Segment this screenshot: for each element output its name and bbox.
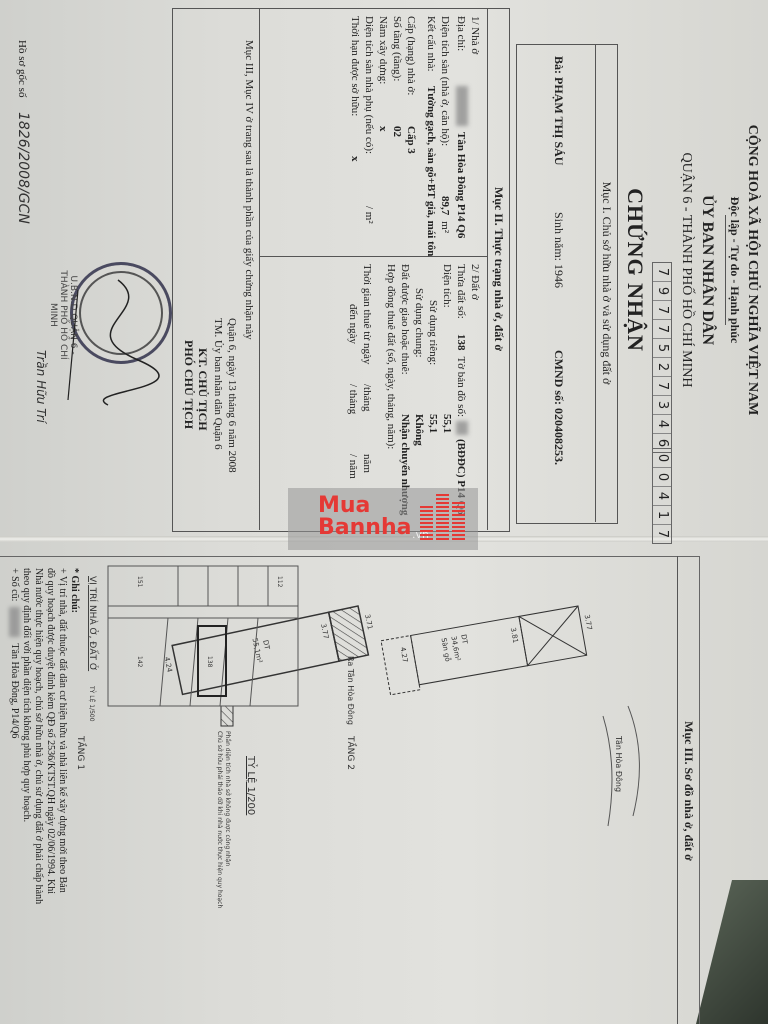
owner-name: Bà: PHẠM THỊ SÁU bbox=[551, 56, 566, 165]
certificate-front: CỘNG HOÀ XÃ HỘI CHỦ NGHĨA VIỆT NAM Độc l… bbox=[0, 0, 768, 540]
svg-text:VỊ TRÍ NHÀ Ở, ĐẤT Ở: VỊ TRÍ NHÀ Ở, ĐẤT Ở bbox=[87, 576, 99, 671]
svg-text:TỶ LỆ 1/500: TỶ LỆ 1/500 bbox=[88, 685, 96, 722]
land-details: 2/ Đất ở Thửa đất số:138Tờ bản đồ số:(BĐ… bbox=[346, 264, 482, 526]
svg-text:TỶ LỆ 1/200: TỶ LỆ 1/200 bbox=[245, 755, 259, 815]
owner-id-number: CMND số: 020408253. bbox=[551, 350, 566, 465]
signer-title-2: PHÓ CHỦ TỊCH bbox=[181, 340, 196, 429]
svg-text:3.77: 3.77 bbox=[319, 623, 330, 640]
diagram-heading: Mục III. Sơ đồ nhà ở, đất ở bbox=[681, 556, 696, 1024]
aux-area: / m² bbox=[362, 206, 376, 224]
house-label: 1/ Nhà ở bbox=[468, 16, 482, 256]
signature bbox=[48, 270, 178, 410]
issue-date: Quận 6, ngày 13 tháng 6 năm 2008 bbox=[226, 318, 238, 473]
private-use-area: 55,1 bbox=[426, 414, 440, 433]
floor-area: 89,7 bbox=[438, 196, 452, 215]
svg-text:Ra Tân Hòa Đông: Ra Tân Hòa Đông bbox=[346, 656, 356, 725]
floor-plan-drawing: Tân Hòa Đông DT 34,6m² Sàn gỗ 3.77 3.81 … bbox=[0, 556, 678, 1024]
watermark-line-1: Mua bbox=[318, 496, 370, 516]
committee-title: ỦY BAN NHÂN DÂN bbox=[698, 0, 716, 540]
svg-text:138: 138 bbox=[206, 656, 213, 668]
svg-text:TẦNG 2: TẦNG 2 bbox=[345, 735, 358, 770]
house-details: 1/ Nhà ở Địa chỉ:Tân Hòa Đông P14 Q6 Diệ… bbox=[348, 16, 482, 256]
redacted-address bbox=[456, 86, 468, 126]
footer-note: Mục III, Mục IV ở trang sau là thành phầ… bbox=[243, 40, 255, 340]
watermark-logo-icon bbox=[420, 494, 465, 542]
svg-text:112: 112 bbox=[276, 576, 283, 588]
owner-birth-year: Sinh năm: 1946 bbox=[551, 212, 566, 288]
motto-underline bbox=[725, 215, 726, 325]
signer-org: TM. Ủy ban nhân dân Quận 6 bbox=[212, 318, 224, 450]
house-grade: Cấp 3 bbox=[404, 126, 418, 154]
house-address: Tân Hòa Đông P14 Q6 bbox=[454, 132, 468, 238]
watermark-line-2: Bannha bbox=[318, 518, 411, 538]
serial-number-main: 7977527346 bbox=[652, 262, 672, 453]
land-area: 55,1 bbox=[440, 414, 454, 433]
old-address: Tân Hòa Đông, P14/Q6 bbox=[8, 643, 20, 738]
year-built: x bbox=[376, 126, 390, 132]
land-label: 2/ Đất ở bbox=[468, 264, 482, 526]
common-use-area: Không bbox=[412, 414, 426, 446]
republic-title: CỘNG HOÀ XÃ HỘI CHỦ NGHĨA VIỆT NAM bbox=[744, 0, 760, 540]
svg-text:DT: DT bbox=[261, 639, 271, 651]
district-title: QUẬN 6 - THÀNH PHỐ HỒ CHÍ MINH bbox=[678, 0, 694, 540]
section-2-heading: Mục II. Thực trạng nhà ở, đất ở bbox=[491, 8, 506, 530]
svg-text:Phần diện tích nhà sở không đư: Phần diện tích nhà sở không được công nh… bbox=[224, 731, 232, 866]
svg-text:DT: DT bbox=[459, 634, 469, 646]
serial-number-suffix: 00417 bbox=[652, 448, 672, 544]
certificate-title: CHỨNG NHẬN bbox=[622, 0, 648, 540]
file-number: 1826/2008/GCN bbox=[15, 112, 31, 224]
svg-text:3.81: 3.81 bbox=[509, 627, 520, 644]
ownership-term: x bbox=[348, 156, 362, 162]
svg-text:142: 142 bbox=[136, 656, 143, 668]
house-structure: Tường gạch, sàn gỗ+BT giả, mái tôn bbox=[424, 86, 438, 256]
motto: Độc lập - Tự do - Hạnh phúc bbox=[727, 0, 742, 540]
svg-text:4.27: 4.27 bbox=[399, 646, 410, 663]
floor-count: 02 bbox=[390, 126, 404, 137]
plot-number: 138 bbox=[454, 334, 468, 351]
svg-text:3.71: 3.71 bbox=[363, 613, 374, 630]
section-1-heading: Mục I. Chủ sở hữu nhà ở và sử dụng đất ở bbox=[599, 44, 614, 522]
svg-text:Chủ sở hữu phải tháo dỡ khi nh: Chủ sở hữu phải tháo dỡ khi nhà nước thự… bbox=[216, 731, 223, 908]
svg-text:3.77: 3.77 bbox=[583, 614, 594, 631]
notes-title: * Ghi chú: bbox=[68, 568, 80, 904]
watermark: Mua Bannha .vn bbox=[288, 488, 478, 550]
signer-name: Trần Hữu Trí bbox=[34, 350, 48, 423]
svg-text:Tân Hòa Đông: Tân Hòa Đông bbox=[614, 735, 624, 792]
file-number-label: Hồ sơ gốc số bbox=[16, 40, 28, 97]
signer-title-1: KT. CHỦ TỊCH bbox=[195, 348, 210, 431]
diagram-page: Mục III. Sơ đồ nhà ở, đất ở Tân Hòa Đông… bbox=[0, 548, 768, 1024]
notes: * Ghi chú: + Vị trí nhà, đất thuộc đất d… bbox=[8, 568, 80, 904]
svg-text:151: 151 bbox=[136, 576, 143, 588]
